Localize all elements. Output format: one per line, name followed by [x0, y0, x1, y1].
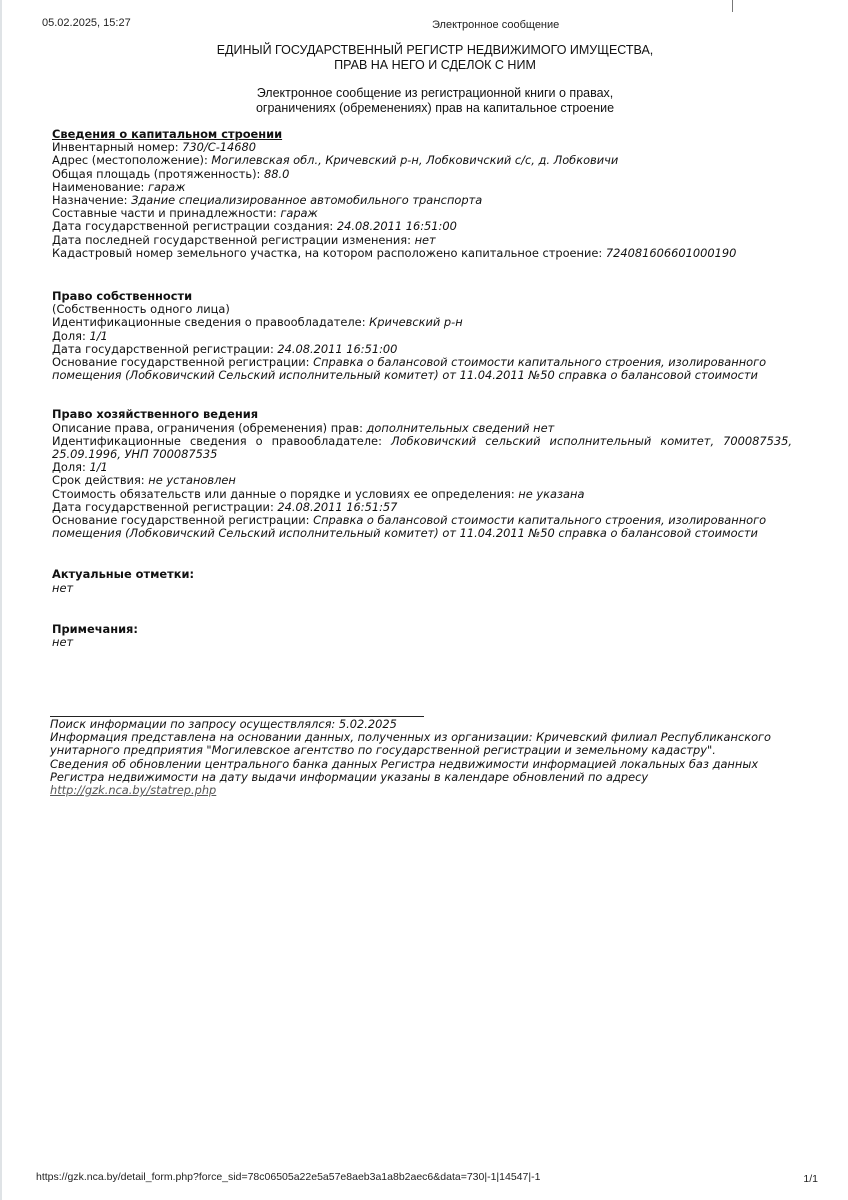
field-label: Кадастровый номер земельного участка, на…: [52, 246, 606, 260]
field-value: гараж: [148, 180, 185, 194]
actual-marks-value: нет: [52, 582, 792, 595]
print-title: Электронное сообщение: [432, 19, 559, 31]
statrep-link[interactable]: http://gzk.nca.by/statrep.php: [50, 783, 216, 797]
field-value: не указана: [518, 487, 584, 501]
notes-value: нет: [52, 636, 792, 649]
print-url: https://gzk.nca.by/detail_form.php?force…: [36, 1171, 540, 1183]
field-value: дополнительных сведений нет: [367, 421, 555, 435]
field-registration-basis: Основание государственной регистрации: С…: [52, 356, 792, 382]
field-value: 88.0: [264, 167, 289, 181]
field-label: Инвентарный номер:: [52, 140, 182, 154]
ownership-section: Право собственности (Собственность одног…: [52, 290, 792, 382]
field-value: гараж: [280, 206, 317, 220]
field-cadastral-number: Кадастровый номер земельного участка, на…: [52, 247, 792, 260]
print-datetime: 05.02.2025, 15:27: [42, 17, 131, 29]
scan-edge: [0, 0, 2, 1200]
field-value: не установлен: [148, 473, 236, 487]
field-value: 1/1: [89, 329, 107, 343]
field-value: 1/1: [89, 460, 107, 474]
field-label: Составные части и принадлежности:: [52, 206, 280, 220]
field-rightholder: Идентификационные сведения о правооблада…: [52, 316, 792, 329]
document-body: Сведения о капитальном строении Инвентар…: [52, 128, 792, 649]
field-value: Кричевский р-н: [369, 315, 463, 329]
field-value: 730/С-14680: [182, 140, 256, 154]
field-label: Адрес (местоположение):: [52, 153, 211, 167]
footer-info: Поиск информации по запросу осуществлялс…: [50, 718, 790, 797]
update-info: Сведения об обновлении центрального банк…: [50, 758, 790, 784]
field-label: Дата последней государственной регистрац…: [52, 233, 415, 247]
field-rightholder: Идентификационные сведения о правооблада…: [52, 435, 792, 461]
actual-marks-heading: Актуальные отметки:: [52, 568, 792, 581]
field-label: Идентификационные сведения о правооблада…: [52, 315, 369, 329]
field-label: Основание государственной регистрации:: [52, 513, 313, 527]
field-label: Срок действия:: [52, 473, 148, 487]
field-label: Дата государственной регистрации:: [52, 342, 277, 356]
field-registration-basis: Основание государственной регистрации: С…: [52, 514, 792, 540]
scan-mark: [732, 0, 733, 12]
data-source: Информация представлена на основании дан…: [50, 731, 790, 757]
field-label: Доля:: [52, 460, 89, 474]
actual-marks-section: Актуальные отметки: нет: [52, 568, 792, 594]
field-value: 24.08.2011 16:51:57: [277, 500, 397, 514]
document-subtitle: Электронное сообщение из регистрационной…: [0, 86, 848, 116]
field-label: Идентификационные сведения о правооблада…: [52, 434, 391, 448]
field-label: Дата государственной регистрации:: [52, 500, 277, 514]
title-line-1: ЕДИНЫЙ ГОСУДАРСТВЕННЫЙ РЕГИСТР НЕДВИЖИМО…: [217, 43, 654, 58]
subtitle-line-2: ограничениях (обременениях) прав на капи…: [256, 101, 614, 116]
field-label: Общая площадь (протяженность):: [52, 167, 264, 181]
building-section: Сведения о капитальном строении Инвентар…: [52, 128, 792, 260]
field-value: Могилевская обл., Кричевский р-н, Лобков…: [211, 153, 618, 167]
notes-section: Примечания: нет: [52, 623, 792, 649]
field-label: Описание права, ограничения (обременения…: [52, 421, 367, 435]
economic-management-section: Право хозяйственного ведения Описание пр…: [52, 408, 792, 540]
field-value: Здание специализированное автомобильного…: [131, 193, 482, 207]
page-number: 1/1: [803, 1173, 818, 1185]
field-value: нет: [415, 233, 436, 247]
document-page: 05.02.2025, 15:27 Электронное сообщение …: [0, 0, 848, 1200]
field-label: Назначение:: [52, 193, 131, 207]
field-value: 24.08.2011 16:51:00: [277, 342, 397, 356]
field-value: 24.08.2011 16:51:00: [337, 219, 457, 233]
title-line-2: ПРАВ НА НЕГО И СДЕЛОК С НИМ: [217, 58, 654, 73]
field-label: Дата государственной регистрации создани…: [52, 219, 337, 233]
field-label: Наименование:: [52, 180, 148, 194]
field-label: Стоимость обязательств или данные о поря…: [52, 487, 518, 501]
notes-heading: Примечания:: [52, 623, 792, 636]
document-title: ЕДИНЫЙ ГОСУДАРСТВЕННЫЙ РЕГИСТР НЕДВИЖИМО…: [0, 43, 848, 73]
field-label: Основание государственной регистрации:: [52, 355, 313, 369]
field-label: Доля:: [52, 329, 89, 343]
field-value: 724081606601000190: [606, 246, 736, 260]
subtitle-line-1: Электронное сообщение из регистрационной…: [256, 86, 614, 101]
